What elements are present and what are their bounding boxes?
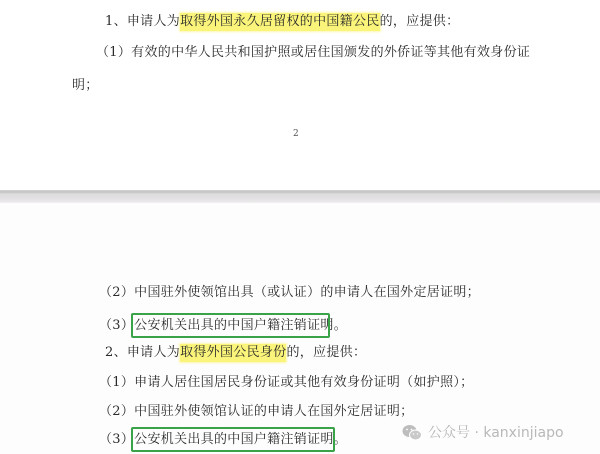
watermark-text: 公众号 · kanxinjiapo (428, 422, 564, 442)
section-1-highlight: 取得外国永久居留权的中国籍公民 (180, 13, 380, 31)
section-1-item-3-end: 。 (334, 318, 347, 333)
section-1-prefix: 1、申请人为 (105, 14, 180, 29)
section-2-item-1: （1）申请人居住国居民身份证或其他有效身份证明（如护照）； (99, 375, 473, 391)
section-2-prefix: 2、申请人为 (105, 345, 180, 360)
section-1-item-1-line-1: （1）有效的中华人民共和国护照或居住国颁发的外侨证等其他有效身份证 (96, 45, 530, 61)
wechat-icon (402, 424, 422, 441)
annotation-box-1 (131, 313, 330, 338)
section-2-highlight: 取得外国公民身份 (180, 344, 286, 362)
page-number: 2 (293, 129, 299, 139)
page-break-divider (0, 190, 600, 203)
section-2-suffix: 的，应提供： (286, 345, 366, 360)
section-1-suffix: 的，应提供： (380, 14, 460, 29)
section-2-item-2: （2）中国驻外使领馆认证的申请人在国外定居证明； (99, 404, 413, 420)
section-1-item-2: （2）中国驻外使领馆出具（或认证）的申请人在国外定居证明； (99, 285, 480, 301)
section-1-heading: 1、申请人为取得外国永久居留权的中国籍公民的，应提供： (105, 14, 459, 30)
section-2-heading: 2、申请人为取得外国公民身份的，应提供： (105, 345, 366, 361)
annotation-box-2 (131, 427, 335, 452)
document-page-top: 1、申请人为取得外国永久居留权的中国籍公民的，应提供： （1）有效的中华人民共和… (0, 0, 600, 190)
watermark: 公众号 · kanxinjiapo (402, 420, 564, 444)
section-1-item-3-label: （3） (99, 318, 134, 333)
section-2-item-3-label: （3） (99, 432, 134, 447)
section-1-item-1-line-2: 明； (72, 78, 99, 94)
